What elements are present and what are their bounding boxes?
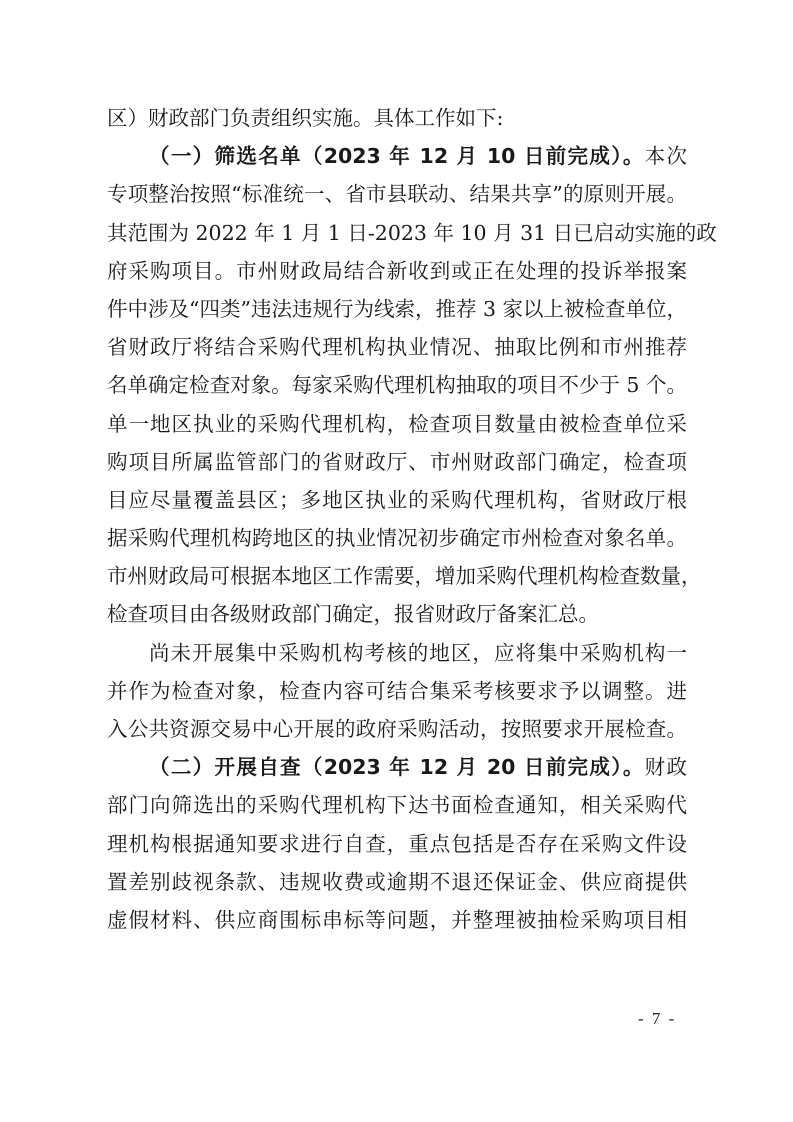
text-line: 区）财政部门负责组织实施。具体工作如下: xyxy=(107,99,687,137)
text-line: 名单确定检查对象。每家采购代理机构抽取的项目不少于 5 个。 xyxy=(107,366,687,404)
page-number: - 7 - xyxy=(638,1009,676,1029)
text-line: 理机构根据通知要求进行自查，重点包括是否存在采购文件设 xyxy=(107,825,687,863)
text-fragment: 财政 xyxy=(645,755,687,779)
text-line: 入公共资源交易中心开展的政府采购活动，按照要求开展检查。 xyxy=(107,710,687,748)
section-heading-line: （一）筛选名单（2023 年 12 月 10 日前完成）。本次 xyxy=(107,137,687,175)
section-heading-1: （一）筛选名单（2023 年 12 月 10 日前完成）。 xyxy=(149,144,645,168)
text-line: 府采购项目。市州财政局结合新收到或正在处理的投诉举报案 xyxy=(107,252,687,290)
text-line: 并作为检查对象，检查内容可结合集采考核要求予以调整。进 xyxy=(107,672,687,710)
section-heading-2: （二）开展自查（2023 年 12 月 20 日前完成）。 xyxy=(149,755,645,779)
text-line: 置差别歧视条款、违规收费或逾期不退还保证金、供应商提供 xyxy=(107,863,687,901)
text-line: 据采购代理机构跨地区的执业情况初步确定市州检查对象名单。 xyxy=(107,519,687,557)
text-line: 购项目所属监管部门的省财政厅、市州财政部门确定，检查项 xyxy=(107,443,687,481)
text-line: 件中涉及“四类”违法违规行为线索，推荐 3 家以上被检查单位， xyxy=(107,290,687,328)
document-page: 区）财政部门负责组织实施。具体工作如下: （一）筛选名单（2023 年 12 月… xyxy=(107,99,687,939)
text-line: 部门向筛选出的采购代理机构下达书面检查通知，相关采购代 xyxy=(107,786,687,824)
text-fragment: 本次 xyxy=(645,144,687,168)
text-line: 检查项目由各级财政部门确定，报省财政厅备案汇总。 xyxy=(107,595,687,633)
text-line: 目应尽量覆盖县区；多地区执业的采购代理机构，省财政厅根 xyxy=(107,481,687,519)
text-line: 省财政厅将结合采购代理机构执业情况、抽取比例和市州推荐 xyxy=(107,328,687,366)
text-line: 虚假材料、供应商围标串标等问题，并整理被抽检采购项目相 xyxy=(107,901,687,939)
text-line: 其范围为 2022 年 1 月 1 日-2023 年 10 月 31 日已启动实… xyxy=(107,214,687,252)
text-line: 专项整治按照“标准统一、省市县联动、结果共享”的原则开展。 xyxy=(107,175,687,213)
text-line: 单一地区执业的采购代理机构，检查项目数量由被检查单位采 xyxy=(107,405,687,443)
text-line: 市州财政局可根据本地区工作需要，增加采购代理机构检查数量， xyxy=(107,557,687,595)
text-line: 尚未开展集中采购机构考核的地区，应将集中采购机构一 xyxy=(107,634,687,672)
section-heading-line: （二）开展自查（2023 年 12 月 20 日前完成）。财政 xyxy=(107,748,687,786)
